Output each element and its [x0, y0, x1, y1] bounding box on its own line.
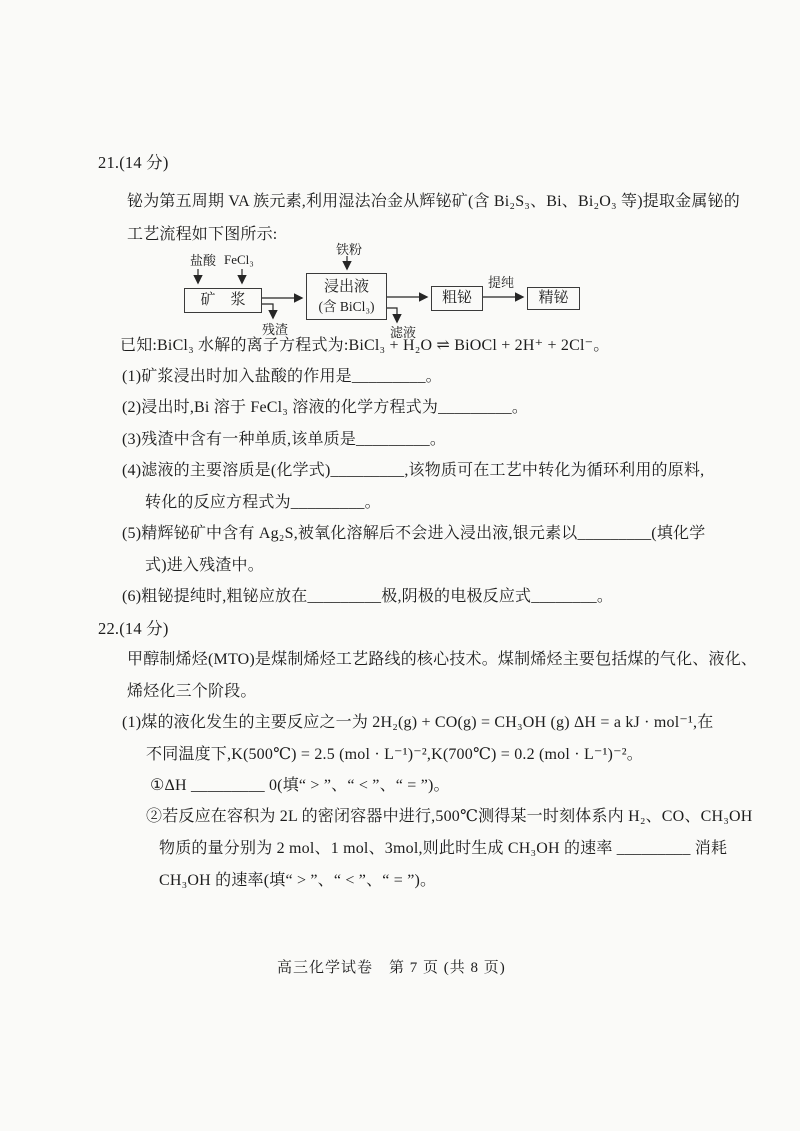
- page-footer: 高三化学试卷 第 7 页 (共 8 页): [277, 959, 506, 977]
- diagram-label-fecl3: FeCl₃: [224, 253, 254, 267]
- diagram-label-residue: 残渣: [262, 323, 288, 337]
- diagram-box-refined-bismuth: 精铋: [527, 287, 580, 310]
- q21-item-5-line2: 式)进入残渣中。: [145, 557, 264, 575]
- q21-item-6: (6)粗铋提纯时,粗铋应放在_________极,阴极的电极反应式_______…: [122, 588, 613, 606]
- diagram-label-iron-powder: 铁粉: [336, 243, 362, 257]
- q22-sub-1: ①ΔH _________ 0(填“ > ”、“ < ”、“ = ”)。: [150, 777, 450, 795]
- q21-intro-line2: 工艺流程如下图所示:: [127, 226, 277, 244]
- leachate-text-line1: 浸出液: [324, 278, 369, 297]
- q22-sub-2-line2: 物质的量分别为 2 mol、1 mol、3mol,则此时生成 CH₃OH 的速率…: [159, 840, 727, 858]
- diagram-label-hydrochloric-acid: 盐酸: [190, 254, 216, 268]
- ore-slurry-text: 矿 浆: [200, 291, 245, 310]
- q21-heading: 21.(14 分): [98, 154, 169, 172]
- refined-bismuth-text: 精铋: [538, 289, 568, 308]
- q21-item-5-line1: (5)精辉铋矿中含有 Ag₂S,被氧化溶解后不会进入浸出液,银元素以______…: [122, 525, 705, 543]
- q21-item-3: (3)残渣中含有一种单质,该单质是_________。: [122, 431, 446, 449]
- q21-item-2: (2)浸出时,Bi 溶于 FeCl₃ 溶液的化学方程式为_________。: [122, 399, 528, 417]
- diagram-box-crude-bismuth: 粗铋: [431, 286, 483, 311]
- q22-sub-2-line1: ②若反应在容积为 2L 的密闭容器中进行,500℃测得某一时刻体系内 H₂、CO…: [146, 808, 753, 826]
- q21-item-4-line2: 转化的反应方程式为_________。: [145, 494, 381, 512]
- q21-item-1: (1)矿浆浸出时加入盐酸的作用是_________。: [122, 368, 442, 386]
- q22-intro-line2: 烯烃化三个阶段。: [127, 683, 257, 701]
- q22-item-1-line1: (1)煤的液化发生的主要反应之一为 2H₂(g) + CO(g) = CH₃OH…: [122, 714, 713, 732]
- q22-heading: 22.(14 分): [98, 620, 169, 638]
- diagram-box-ore-slurry: 矿 浆: [184, 288, 262, 313]
- q21-known-equation: 已知:BiCl₃ 水解的离子方程式为:BiCl₃ + H₂O ⇌ BiOCl +…: [120, 337, 609, 355]
- q22-sub-2-line3: CH₃OH 的速率(填“ > ”、“ < ”、“ = ”)。: [159, 872, 436, 890]
- exam-page: 21.(14 分) 铋为第五周期 VA 族元素,利用湿法冶金从辉铋矿(含 Bi₂…: [0, 0, 800, 1131]
- diagram-box-leachate: 浸出液 (含 BiCl₃): [306, 273, 387, 320]
- leachate-text-line2: (含 BiCl₃): [318, 297, 374, 316]
- q21-item-4-line1: (4)滤液的主要溶质是(化学式)_________,该物质可在工艺中转化为循环利…: [122, 462, 704, 480]
- crude-bismuth-text: 粗铋: [442, 289, 472, 308]
- process-flow-diagram: 盐酸 FeCl₃ 铁粉 矿 浆 浸出液 (含 BiCl₃) 粗铋 精铋 残渣 滤…: [150, 243, 620, 343]
- q21-intro-line1: 铋为第五周期 VA 族元素,利用湿法冶金从辉铋矿(含 Bi₂S₃、Bi、Bi₂O…: [127, 193, 740, 211]
- q22-intro-line1: 甲醇制烯烃(MTO)是煤制烯烃工艺路线的核心技术。煤制烯烃主要包括煤的气化、液化…: [127, 651, 757, 669]
- q22-item-1-line2: 不同温度下,K(500℃) = 2.5 (mol · L⁻¹)⁻²,K(700℃…: [146, 746, 643, 764]
- diagram-label-purify: 提纯: [488, 276, 514, 290]
